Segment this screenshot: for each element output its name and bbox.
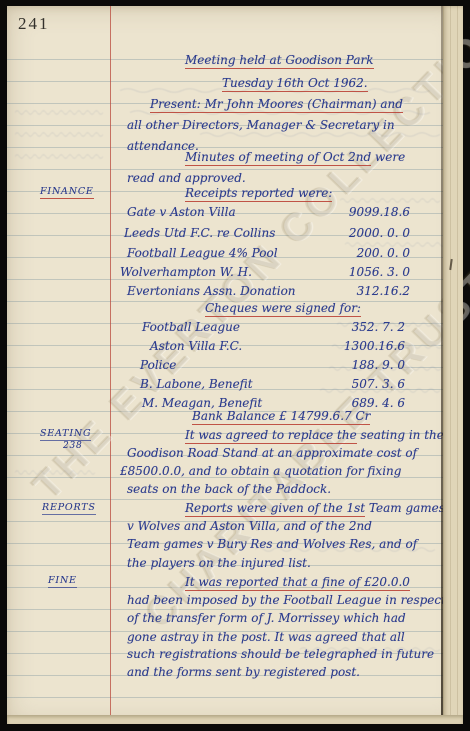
show-through-mark (340, 196, 440, 205)
margin-note-238: 238 (63, 441, 83, 451)
cheque-row-name: B. Labone, Benefit (140, 377, 253, 391)
receipt-row-amount: 1056. 3. 0 (330, 265, 410, 279)
receipt-row-name: Leeds Utd F.C. re Collins (124, 226, 275, 240)
receipt-row-name: Football League 4% Pool (127, 246, 278, 260)
reports-line: v Wolves and Aston Villa, and of the 2nd (127, 519, 372, 533)
receipt-row-amount: 2000. 0. 0 (330, 226, 410, 240)
reports-line: Reports were given of the 1st Team games (185, 501, 445, 515)
margin-label-finance: FINANCE (40, 186, 94, 199)
present-line: all other Directors, Manager & Secretary… (127, 118, 395, 132)
receipt-row-name: Evertonians Assn. Donation (127, 284, 296, 298)
cheque-row-name: Football League (142, 320, 240, 334)
underlying-page-edges (443, 6, 463, 724)
seating-line: It was agreed to replace the seating in … (185, 428, 444, 442)
bottom-page-edges (7, 715, 463, 724)
show-through-mark (15, 468, 95, 477)
cheque-row-name: M. Meagan, Benefit (142, 396, 262, 410)
fine-line: gone astray in the post. It was agreed t… (127, 630, 405, 644)
receipt-row-name: Gate v Aston Villa (127, 205, 236, 219)
fine-line: of the transfer form of J. Morrissey whi… (127, 611, 406, 625)
receipt-row-amount: 312.16.2 (330, 284, 410, 298)
show-through-mark (15, 108, 103, 117)
receipt-row-amount: 9099.18.6 (330, 205, 410, 219)
receipt-row-amount: 200. 0. 0 (330, 246, 410, 260)
cheque-row-name: Police (140, 358, 176, 372)
meeting-title: Meeting held at Goodison Park (185, 53, 374, 69)
show-through-mark (15, 152, 103, 161)
scanned-minute-book-page: THE EVERTON COLLECTION CHARITABLE TRUST … (0, 0, 470, 731)
meeting-date: Tuesday 16th Oct 1962. (222, 76, 368, 92)
bank-balance-line: Bank Balance £ 14799.6.7 Cr (192, 409, 370, 425)
cheque-row-amount: 507. 3. 6 (325, 377, 405, 391)
cheque-row-amount: 352. 7. 2 (325, 320, 405, 334)
reports-line: the players on the injured list. (127, 556, 311, 570)
margin-label-reports: REPORTS (42, 502, 96, 515)
fine-line: such registrations should be telegraphed… (127, 647, 434, 661)
red-margin-line (110, 6, 111, 718)
cheques-title: Cheques were signed for: (205, 301, 361, 317)
minutes-approved-line: Minutes of meeting of Oct 2nd were (185, 150, 405, 164)
cheque-row-amount: 188. 9. 0 (325, 358, 405, 372)
present-line: Present: Mr John Moores (Chairman) and (150, 97, 403, 113)
show-through-mark (15, 130, 103, 139)
fine-line: and the forms sent by registered post. (127, 665, 360, 679)
receipt-row-name: Wolverhampton W. H. (120, 265, 252, 279)
seating-line: seats on the back of the Paddock. (127, 482, 331, 496)
seating-line: Goodison Road Stand at an approximate co… (127, 446, 417, 460)
paper-sheet: THE EVERTON COLLECTION CHARITABLE TRUST … (7, 6, 463, 724)
margin-label-seating: SEATING (40, 428, 91, 441)
margin-label-fine: FINE (48, 575, 77, 588)
cheque-row-amount: 689. 4. 6 (325, 396, 405, 410)
fine-line: had been imposed by the Football League … (127, 593, 446, 607)
cheque-row-amount: 1300.16.6 (325, 339, 405, 353)
receipts-title: Receipts reported were: (185, 186, 332, 202)
fine-line: It was reported that a fine of £20.0.0 (185, 575, 410, 591)
reports-line: Team games v Bury Res and Wolves Res, an… (127, 537, 417, 551)
minutes-approved-line: read and approved. (127, 171, 246, 185)
page-number: 241 (18, 14, 50, 34)
cheque-row-name: Aston Villa F.C. (150, 339, 242, 353)
seating-line: £8500.0.0, and to obtain a quotation for… (120, 464, 401, 478)
